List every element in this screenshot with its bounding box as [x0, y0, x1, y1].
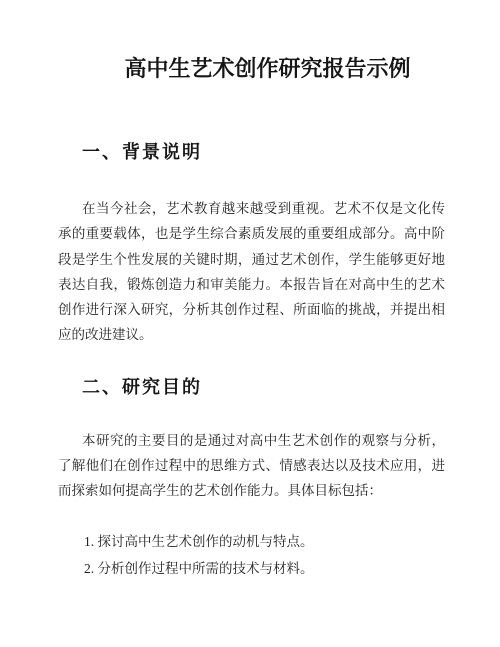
section-heading-background: 一、背景说明: [82, 140, 445, 164]
section-heading-purpose: 二、研究目的: [82, 375, 445, 399]
background-paragraph: 在当今社会，艺术教育越来越受到重视。艺术不仅是文化传承的重要载体，也是学生综合素…: [58, 196, 445, 348]
document-title: 高中生艺术创作研究报告示例: [58, 54, 445, 84]
objective-list-item-1: 1. 探讨高中生艺术创作的动机与特点。: [84, 529, 445, 554]
objective-list-item-2: 2. 分析创作过程中所需的技术与材料。: [84, 556, 445, 581]
document-page: 高中生艺术创作研究报告示例 一、背景说明 在当今社会，艺术教育越来越受到重视。艺…: [0, 0, 500, 647]
purpose-paragraph: 本研究的主要目的是通过对高中生艺术创作的观察与分析，了解他们在创作过程中的思维方…: [58, 428, 445, 504]
